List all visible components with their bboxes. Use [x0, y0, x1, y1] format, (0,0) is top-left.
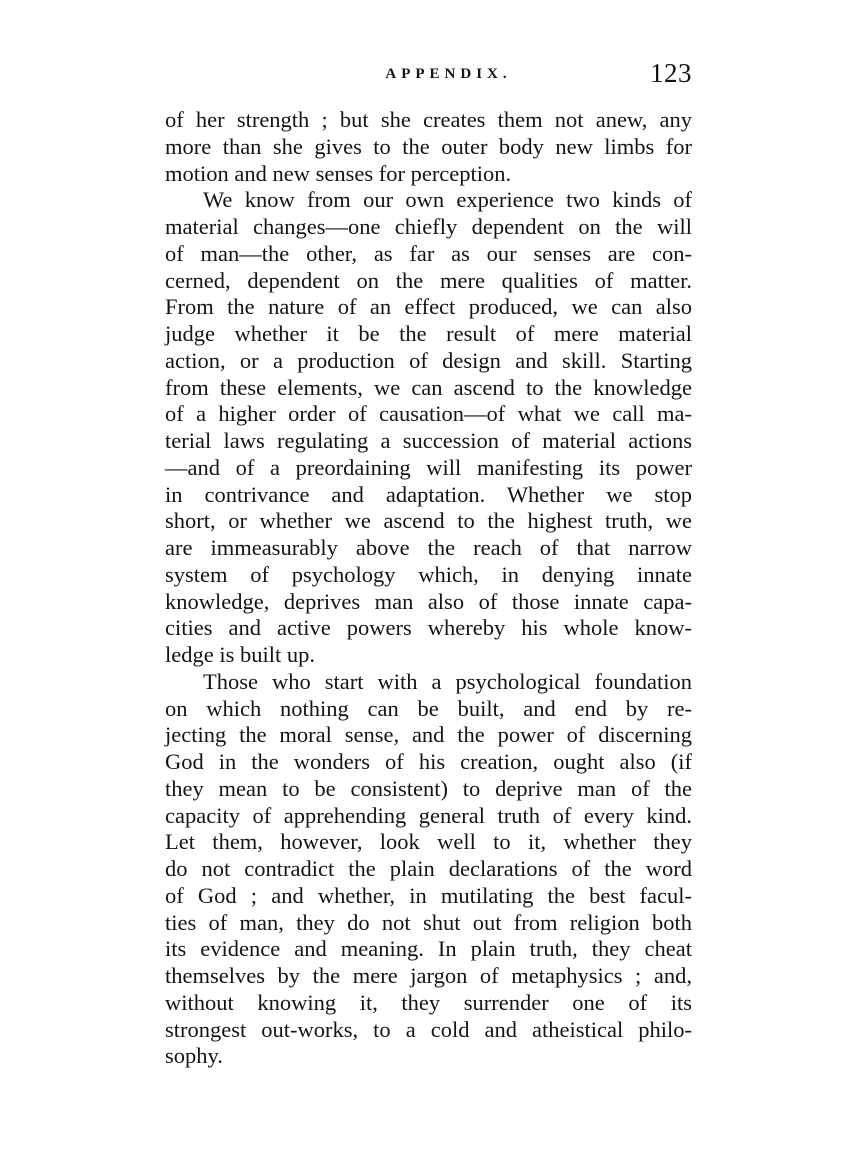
text-line: action, or a production of design and sk…: [165, 348, 692, 375]
body-text: of her strength ; but she creates them n…: [165, 107, 692, 1070]
text-line: jecting the moral sense, and the power o…: [165, 722, 692, 749]
text-line: of a higher order of causation—of what w…: [165, 401, 692, 428]
text-line: from these elements, we can ascend to th…: [165, 375, 692, 402]
text-line: cities and active powers whereby his who…: [165, 615, 692, 642]
text-line: in contrivance and adaptation. Whether w…: [165, 482, 692, 509]
running-title: APPENDIX.: [165, 66, 692, 83]
paragraph: Those who start with a psychological fou…: [165, 669, 692, 1070]
text-line: capacity of apprehending general truth o…: [165, 803, 692, 830]
page-number: 123: [650, 58, 692, 89]
text-line: more than she gives to the outer body ne…: [165, 134, 692, 161]
text-line: on which nothing can be built, and end b…: [165, 696, 692, 723]
book-page: APPENDIX. 123 of her strength ; but she …: [0, 0, 850, 1150]
text-line: short, or whether we ascend to the highe…: [165, 508, 692, 535]
text-line: Those who start with a psychological fou…: [165, 669, 692, 696]
running-head: APPENDIX. 123: [165, 58, 692, 92]
text-line: themselves by the mere jargon of metaphy…: [165, 963, 692, 990]
text-line: motion and new senses for perception.: [165, 161, 692, 188]
text-line: its evidence and meaning. In plain truth…: [165, 936, 692, 963]
paragraph: We know from our own experience two kind…: [165, 187, 692, 669]
text-line: of her strength ; but she creates them n…: [165, 107, 692, 134]
text-line: ledge is built up.: [165, 642, 692, 669]
paragraph: of her strength ; but she creates them n…: [165, 107, 692, 187]
text-line: are immeasurably above the reach of that…: [165, 535, 692, 562]
text-line: We know from our own experience two kind…: [165, 187, 692, 214]
text-line: cerned, dependent on the mere qualities …: [165, 268, 692, 295]
text-line: material changes—one chiefly dependent o…: [165, 214, 692, 241]
text-line: system of psychology which, in denying i…: [165, 562, 692, 589]
text-line: of man—the other, as far as our senses a…: [165, 241, 692, 268]
text-line: Let them, however, look well to it, whet…: [165, 829, 692, 856]
text-line: do not contradict the plain declarations…: [165, 856, 692, 883]
text-line: —and of a preordaining will manifesting …: [165, 455, 692, 482]
text-line: God in the wonders of his creation, ough…: [165, 749, 692, 776]
text-line: From the nature of an effect produced, w…: [165, 294, 692, 321]
text-line: judge whether it be the result of mere m…: [165, 321, 692, 348]
text-line: ties of man, they do not shut out from r…: [165, 910, 692, 937]
text-line: strongest out-works, to a cold and athei…: [165, 1017, 692, 1044]
text-line: sophy.: [165, 1043, 692, 1070]
text-line: they mean to be consistent) to deprive m…: [165, 776, 692, 803]
text-line: knowledge, deprives man also of those in…: [165, 589, 692, 616]
text-line: of God ; and whether, in mutilating the …: [165, 883, 692, 910]
text-line: terial laws regulating a succession of m…: [165, 428, 692, 455]
text-line: without knowing it, they surrender one o…: [165, 990, 692, 1017]
